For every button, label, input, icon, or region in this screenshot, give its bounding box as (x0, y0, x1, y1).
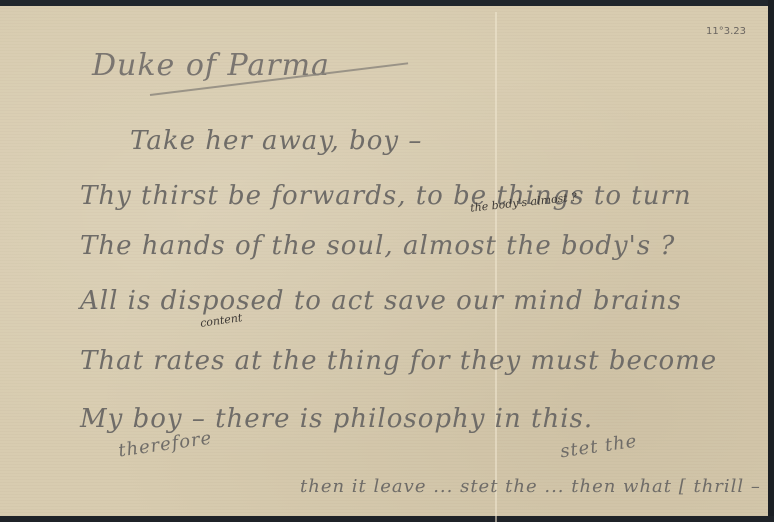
manuscript-line-7: then it leave ... stet the ... then what… (300, 476, 774, 497)
manuscript-page: 11°3.23 Duke of Parma Take her away, boy… (0, 6, 768, 516)
manuscript-line-4: All is disposed to act save our mind bra… (80, 286, 682, 316)
manuscript-line-6: My boy – there is philosophy in this. (80, 404, 593, 434)
folio-number: 11°3.23 (706, 26, 746, 37)
manuscript-line-5: That rates at the thing for they must be… (80, 346, 717, 376)
manuscript-line-2: Thy thirst be forwards, to be things to … (80, 181, 692, 211)
insertion-stet-the: stet the (559, 431, 639, 463)
manuscript-line-3: The hands of the soul, almost the body's… (80, 231, 675, 261)
scan-border-right (768, 0, 774, 516)
manuscript-line-1: Take her away, boy – (130, 126, 422, 156)
paper-fold-line (495, 12, 497, 516)
